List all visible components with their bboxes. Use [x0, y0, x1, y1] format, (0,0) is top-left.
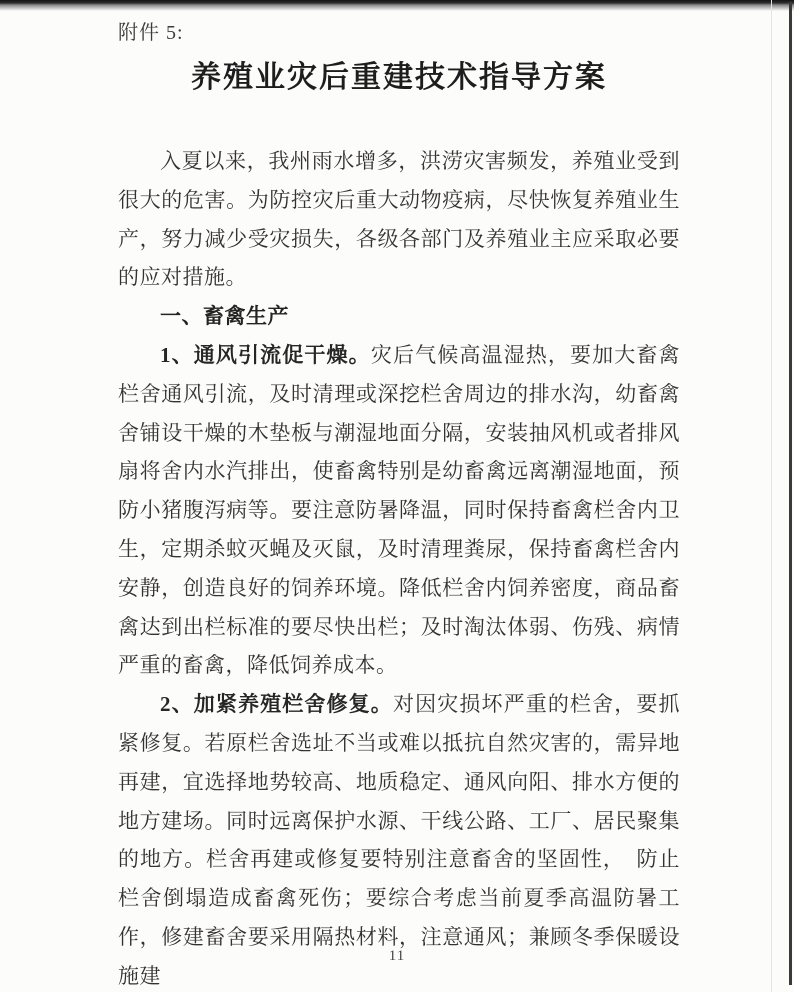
- paragraph-ventilation-drying: 1、通风引流促干燥。灾后气候高温湿热，要加大畜禽栏舍通风引流，及时清理或深挖栏舍…: [118, 336, 680, 685]
- document-body: 入夏以来，我州雨水增多，洪涝灾害频发，养殖业受到很大的危害。为防控灾后重大动物疫…: [118, 142, 680, 992]
- paragraph-pen-repair-text: 对因灾损坏严重的栏舍，要抓紧修复。若原栏舍选址不当或难以抵抗自然灾害的，需异地再…: [118, 692, 680, 988]
- section-heading-livestock-production: 一、畜禽生产: [118, 297, 680, 336]
- paragraph-pen-repair-lead: 2、加紧养殖栏舍修复。: [160, 692, 393, 716]
- scan-fold-line: [771, 0, 772, 992]
- scan-edge-line: [789, 2, 792, 985]
- attachment-label: 附件 5:: [118, 0, 680, 47]
- document-title: 养殖业灾后重建技术指导方案: [118, 58, 680, 98]
- document-content: 附件 5: 养殖业灾后重建技术指导方案 入夏以来，我州雨水增多，洪涝灾害频发，养…: [118, 0, 680, 992]
- paragraph-ventilation-text: 灾后气候高温湿热，要加大畜禽栏舍通风引流，及时清理或深挖栏舍周边的排水沟，幼畜禽…: [118, 343, 680, 677]
- page-number: 11: [0, 946, 794, 966]
- intro-paragraph: 入夏以来，我州雨水增多，洪涝灾害频发，养殖业受到很大的危害。为防控灾后重大动物疫…: [118, 142, 680, 297]
- paragraph-ventilation-lead: 1、通风引流促干燥。: [160, 343, 371, 367]
- scanned-document-page: 附件 5: 养殖业灾后重建技术指导方案 入夏以来，我州雨水增多，洪涝灾害频发，养…: [0, 0, 794, 992]
